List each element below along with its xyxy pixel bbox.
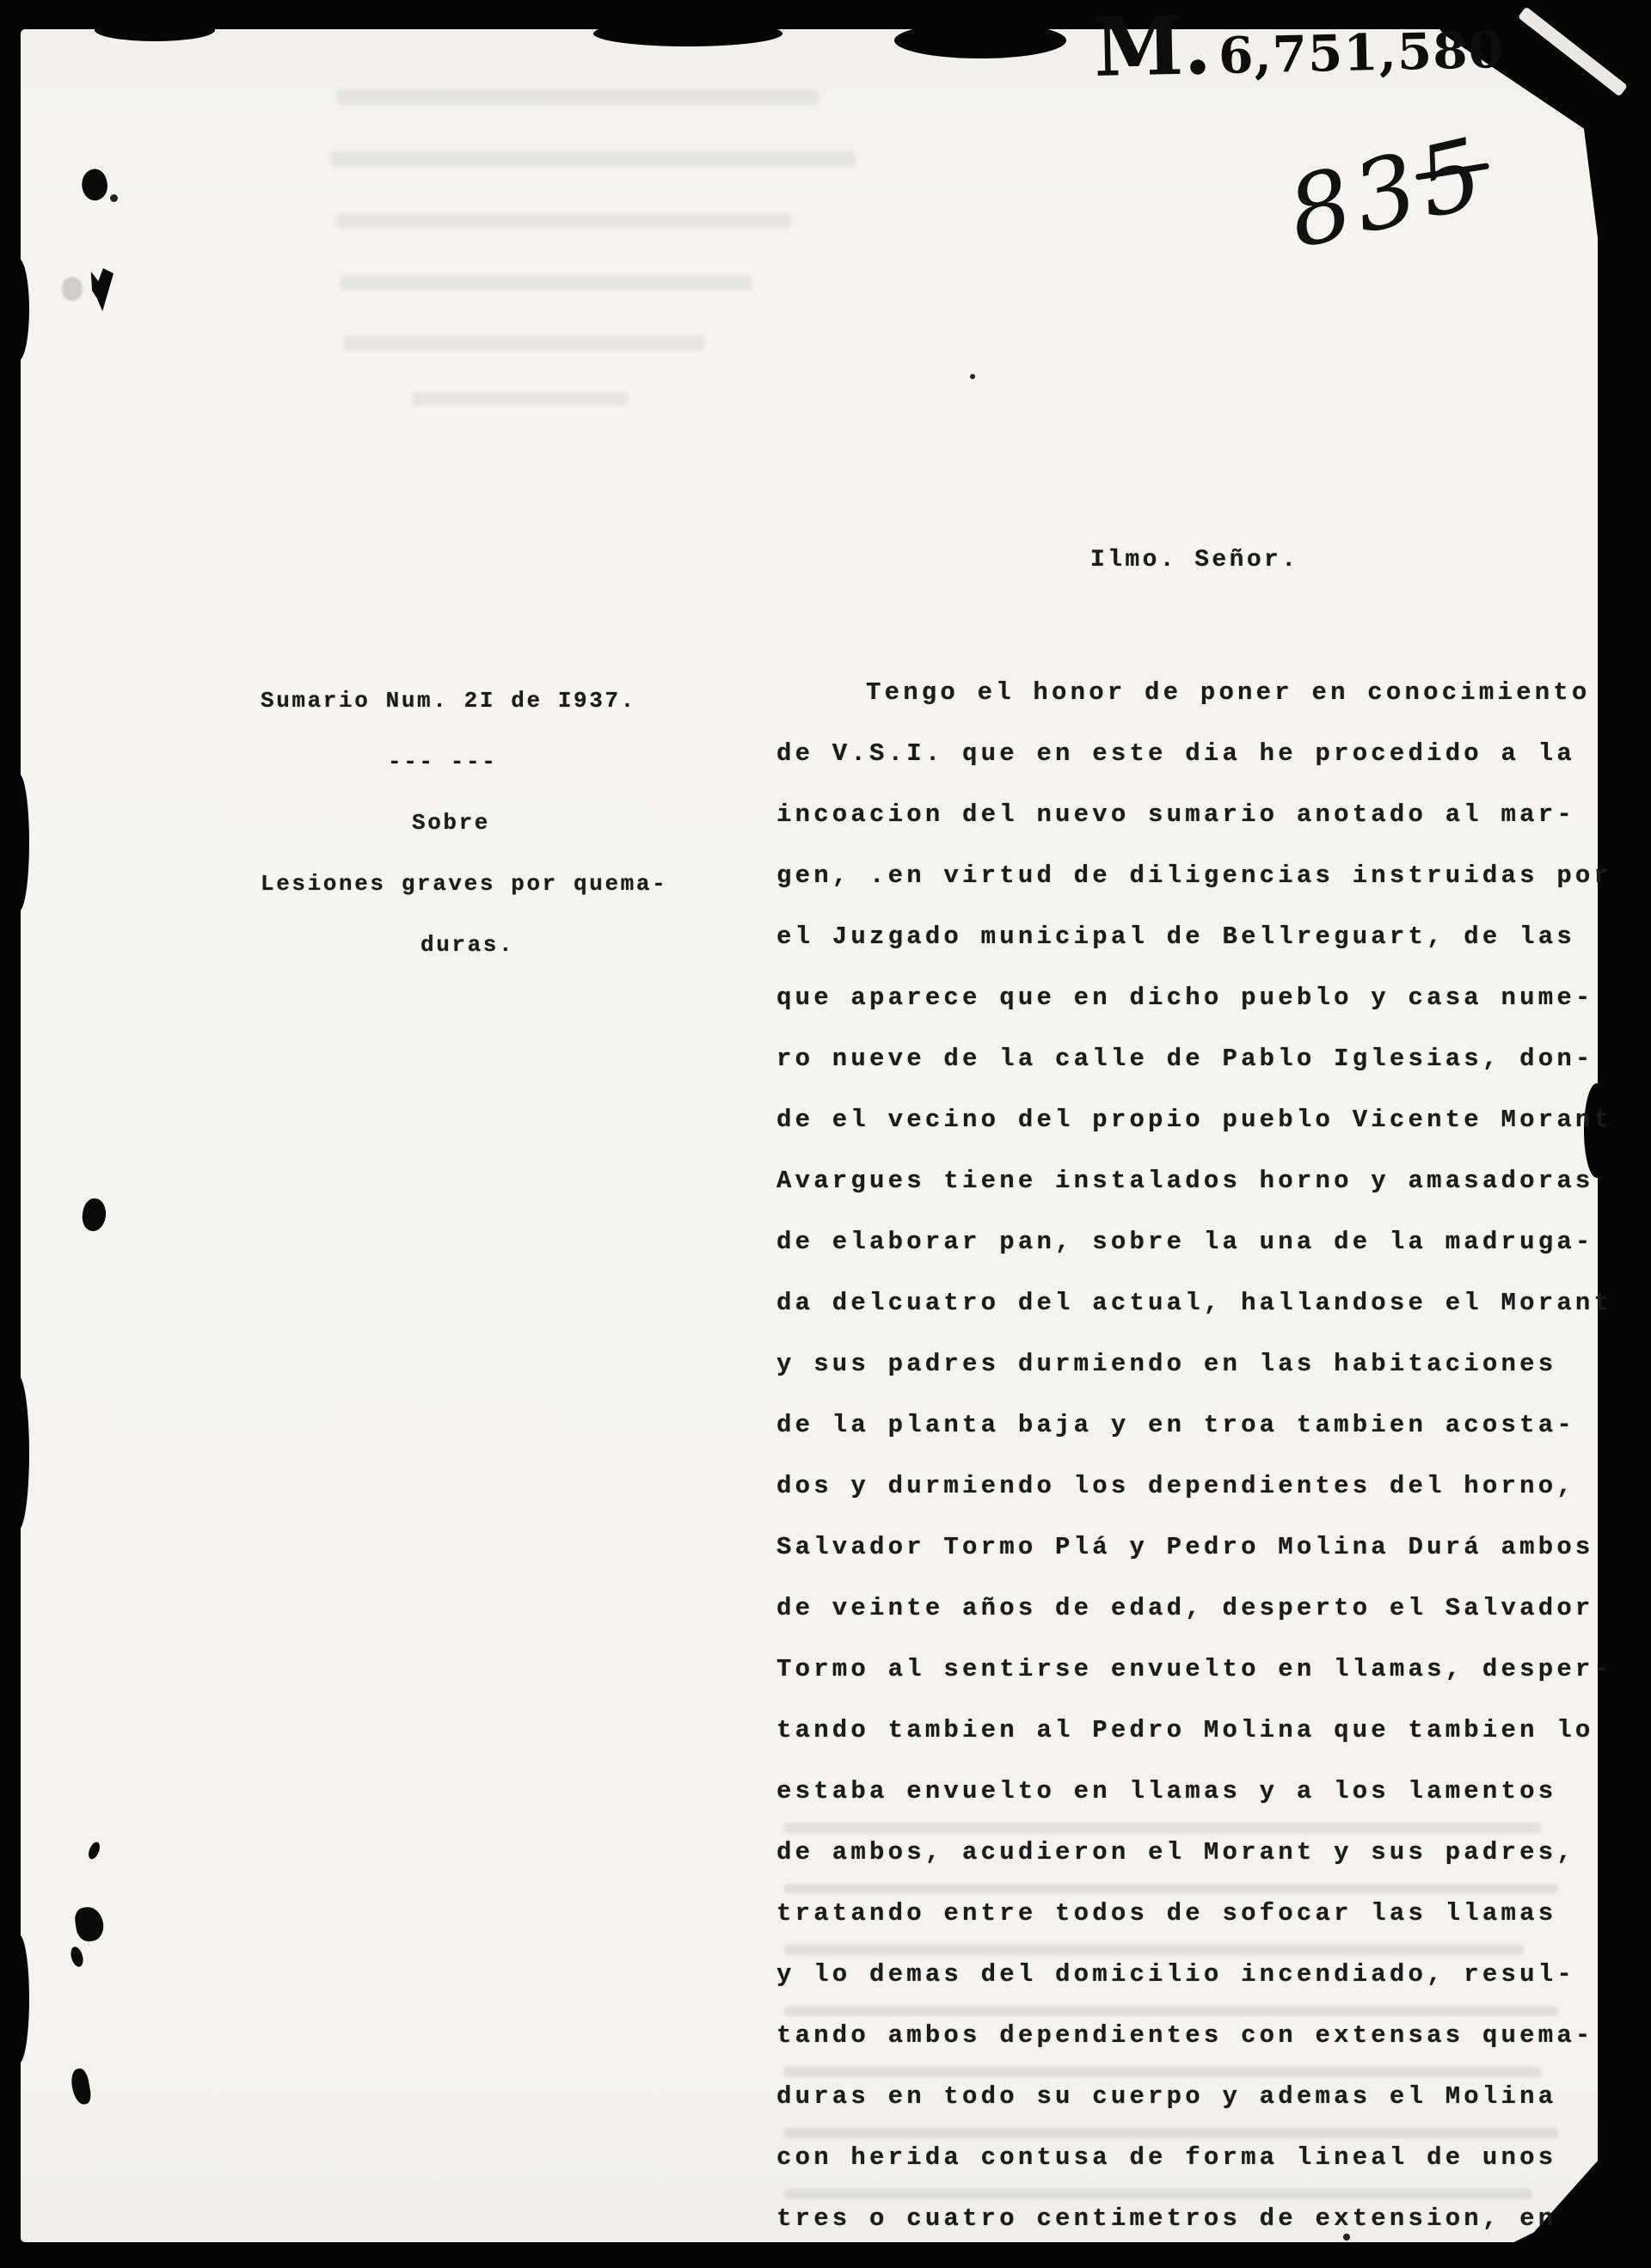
body-line: tres o cuatro centimetros de extension, … <box>776 2188 1606 2249</box>
body-line: de veinte años de edad, desperto el Salv… <box>776 1578 1606 1639</box>
body-line: de el vecino del propio pueblo Vicente M… <box>776 1089 1606 1150</box>
speck <box>970 374 975 379</box>
body-line: que aparece que en dicho pueblo y casa n… <box>776 967 1606 1028</box>
body-line: Salvador Tormo Plá y Pedro Molina Durá a… <box>776 1517 1606 1578</box>
scan-edge-bump <box>9 1934 29 2063</box>
scan-edge-bump <box>593 21 783 46</box>
registry-number-stamp: M. 6,751,580 <box>1093 0 1505 95</box>
stamp-prefix: M. <box>1093 0 1212 95</box>
body-line: incoacion del nuevo sumario anotado al m… <box>776 784 1606 845</box>
scanned-document-page: M. 6,751,580 835 Ilmo. Señor. Sumario Nu… <box>0 0 1651 2268</box>
body-line: Tengo el honor de poner en conocimiento <box>776 662 1606 723</box>
body-line: estaba envuelto en llamas y a los lament… <box>776 1761 1606 1822</box>
ghost-text-line <box>340 275 752 291</box>
subject-label: Sobre <box>261 793 690 854</box>
body-line: de elaborar pan, sobre la una de la madr… <box>776 1211 1606 1272</box>
margin-case-note: Sumario Num. 2I de I937. --- --- Sobre L… <box>261 671 690 976</box>
salutation: Ilmo. Señor. <box>1090 547 1298 573</box>
ink-mark <box>110 194 118 202</box>
ghost-text-line <box>413 392 628 406</box>
scan-edge-bump <box>95 19 215 41</box>
body-line: el Juzgado municipal de Bellreguart, de … <box>776 906 1606 967</box>
body-line: tando tambien al Pedro Molina que tambie… <box>776 1700 1606 1761</box>
ghost-text-line <box>331 151 856 167</box>
scan-edge-bump <box>7 1376 29 1530</box>
body-line: y lo demas del domicilio incendiado, res… <box>776 1944 1606 2005</box>
body-line: dos y durmiendo los dependientes del hor… <box>776 1456 1606 1517</box>
body-line: gen, .en virtud de diligencias instruida… <box>776 845 1606 906</box>
subject-line: duras. <box>261 915 690 976</box>
body-line: y sus padres durmiendo en las habitacion… <box>776 1333 1606 1395</box>
ink-smudge <box>62 277 83 301</box>
scan-edge-bump <box>7 258 29 361</box>
stamp-number: 6,751,580 <box>1218 21 1504 85</box>
separator-dashes: --- --- <box>261 732 690 793</box>
body-line: ro nueve de la calle de Pablo Iglesias, … <box>776 1028 1606 1089</box>
ghost-text-line <box>337 89 819 105</box>
body-line: de la planta baja y en troa tambien acos… <box>776 1395 1606 1456</box>
body-line: tratando entre todos de sofocar las llam… <box>776 1883 1606 1944</box>
ghost-text-line <box>335 213 791 229</box>
subject-line: Lesiones graves por quema- <box>261 854 690 915</box>
body-line: con herida contusa de forma lineal de un… <box>776 2127 1606 2188</box>
body-line: duras en todo su cuerpo y ademas el Moli… <box>776 2066 1606 2127</box>
ghost-text-line <box>344 335 705 351</box>
speck <box>1343 2234 1350 2240</box>
body-line: Avargues tiene instalados horno y amasad… <box>776 1150 1606 1211</box>
body-line: de V.S.I. que en este dia he procedido a… <box>776 723 1606 784</box>
body-line: tando ambos dependientes con extensas qu… <box>776 2005 1606 2066</box>
letter-body: Tengo el honor de poner en conocimiento … <box>776 662 1606 2249</box>
scan-edge-bump <box>9 774 29 911</box>
body-line: Tormo al sentirse envuelto en llamas, de… <box>776 1639 1606 1700</box>
body-line: da delcuatro del actual, hallandose el M… <box>776 1272 1606 1333</box>
case-number-line: Sumario Num. 2I de I937. <box>261 671 690 732</box>
body-line: de ambos, acudieron el Morant y sus padr… <box>776 1822 1606 1883</box>
scan-edge-bump <box>894 22 1066 58</box>
